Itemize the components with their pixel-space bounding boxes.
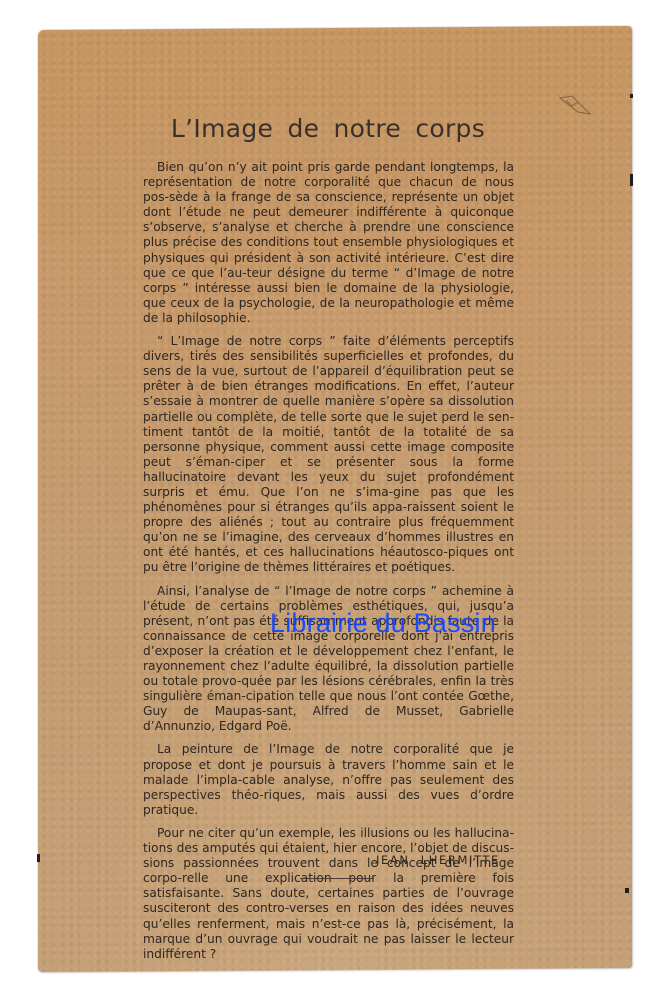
- paragraph: La peinture de l’Image de notre corporal…: [143, 742, 514, 817]
- page-title: L’Image de notre corps: [0, 114, 656, 143]
- paragraph: Bien qu’on n’y ait point pris garde pend…: [143, 160, 514, 326]
- divider: [300, 878, 374, 879]
- edge-mark: [625, 888, 629, 893]
- edge-mark: [630, 174, 633, 186]
- paragraph: “ L’Image de notre corps ” faite d’éléme…: [143, 334, 514, 576]
- watermark: Librairie du Bassin: [270, 608, 496, 639]
- body-text: Bien qu’on n’y ait point pris garde pend…: [143, 160, 514, 970]
- pencil-mark-icon: [558, 92, 592, 116]
- author-signature: JEAN LHERMITTE: [376, 853, 500, 867]
- edge-mark: [630, 94, 633, 98]
- paragraph: Ainsi, l’analyse de “ l’Image de notre c…: [143, 584, 514, 735]
- paragraph: Pour ne citer qu’un exemple, les illusio…: [143, 826, 514, 962]
- edge-mark: [37, 854, 40, 862]
